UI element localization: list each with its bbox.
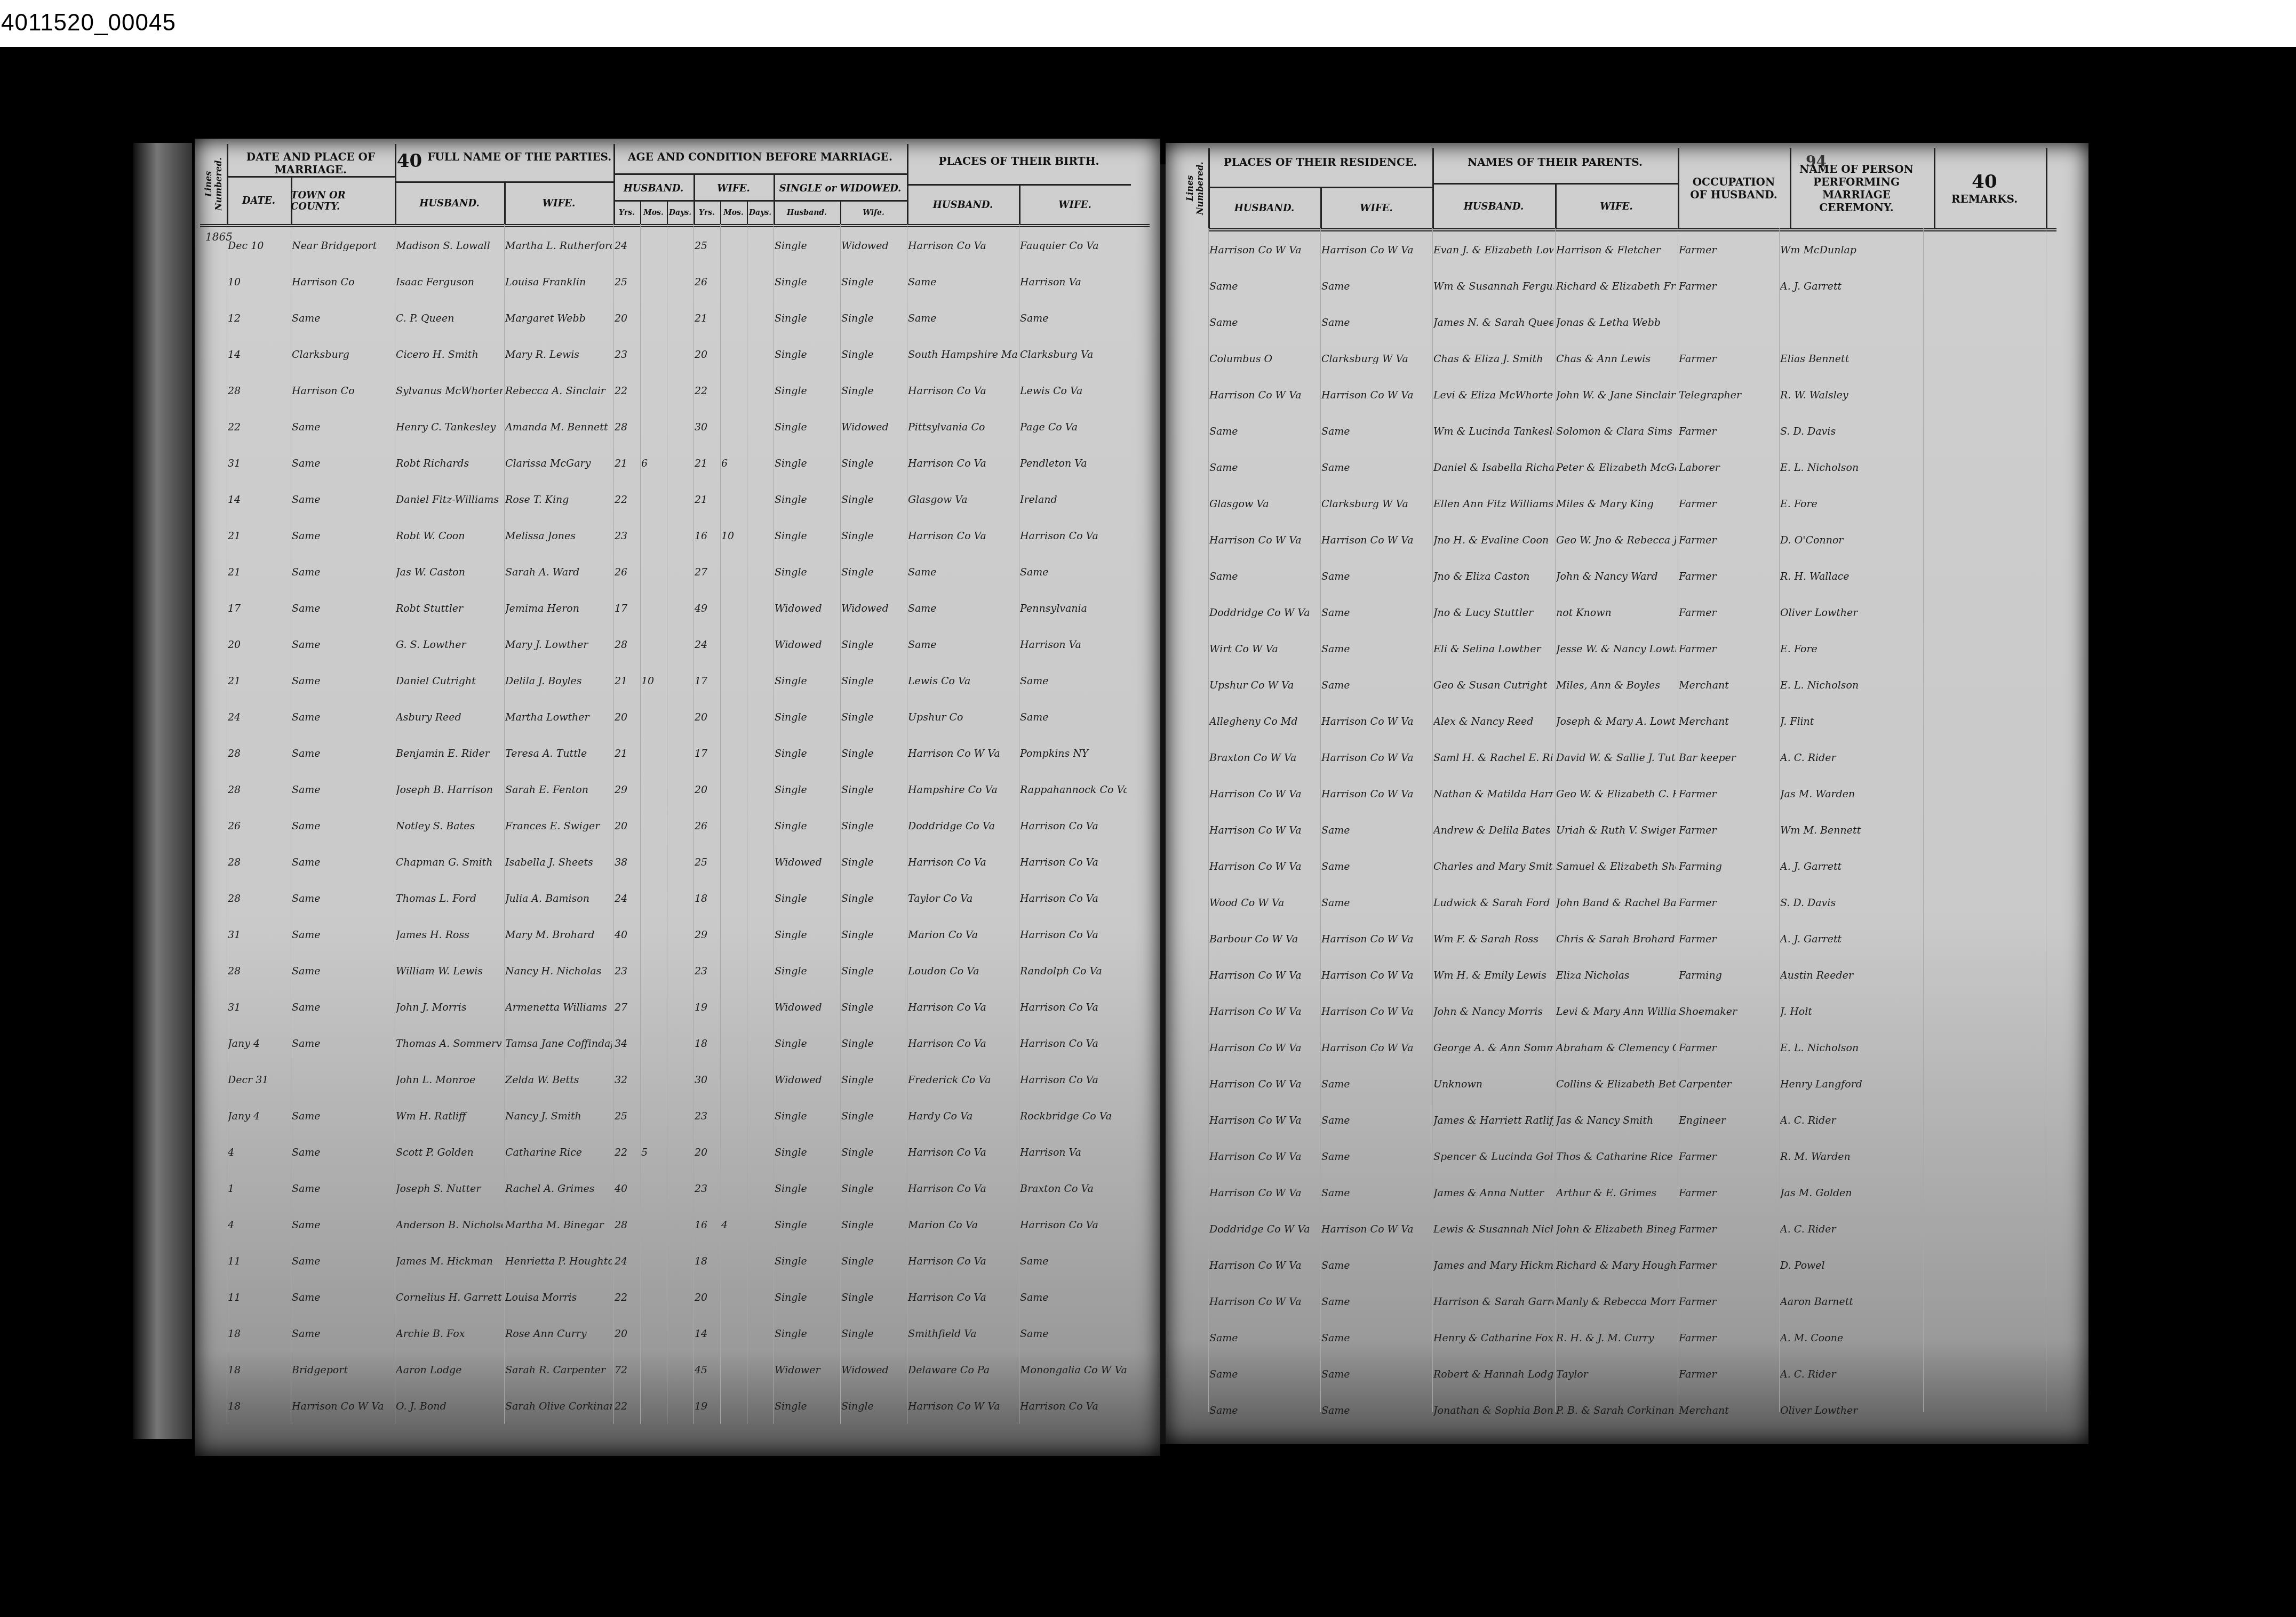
cell-h-res: Barbour Co W Va bbox=[1209, 933, 1319, 945]
cell-h-parents: Harrison & Sarah Garrett bbox=[1433, 1296, 1553, 1308]
cell-date: 10 bbox=[228, 276, 289, 288]
header-lines-numbered: Lines Numbered. bbox=[200, 144, 228, 224]
cell-h-birth: Same bbox=[908, 566, 1017, 578]
cell-wife: Martha L. Rutherford bbox=[505, 240, 612, 252]
cell-h-parents: Wm H. & Emily Lewis bbox=[1433, 970, 1553, 981]
cell-w-yrs: 26 bbox=[695, 276, 719, 288]
cell-town: Same bbox=[292, 530, 393, 542]
table-row: 4SameScott P. GoldenCatharine Rice22520S… bbox=[195, 1147, 1160, 1165]
cell-w-status: Widowed bbox=[841, 240, 905, 252]
cell-h-status: Single bbox=[775, 385, 839, 397]
cell-w-res: Harrison Co W Va bbox=[1321, 1223, 1431, 1235]
cell-w-mos: 10 bbox=[721, 530, 745, 542]
cell-performer: E. L. Nicholson bbox=[1780, 679, 1922, 691]
cell-wife: Melissa Jones bbox=[505, 530, 612, 542]
table-row: SameSameWm & Susannah FergusonRichard & … bbox=[1166, 281, 2088, 299]
cell-h-parents: Wm & Susannah Ferguson bbox=[1433, 281, 1553, 292]
cell-h-birth: Doddridge Co Va bbox=[908, 820, 1017, 832]
cell-h-status: Widower bbox=[775, 1364, 839, 1376]
cell-h-parents: Charles and Mary Smith bbox=[1433, 861, 1553, 872]
table-row: SameSameJno & Eliza CastonJohn & Nancy W… bbox=[1166, 571, 2088, 589]
cell-wife: Louisa Franklin bbox=[505, 276, 612, 288]
cell-h-parents: Alex & Nancy Reed bbox=[1433, 716, 1553, 727]
cell-performer: Jas M. Warden bbox=[1780, 788, 1922, 800]
cell-w-birth: Same bbox=[1020, 1255, 1127, 1267]
header-birth-wife: WIFE. bbox=[1019, 184, 1131, 224]
cell-performer: R. H. Wallace bbox=[1780, 571, 1922, 582]
cell-h-parents: Evan J. & Elizabeth Lowall bbox=[1433, 244, 1553, 256]
cell-occupation: Farmer bbox=[1679, 571, 1777, 582]
cell-w-res: Harrison Co W Va bbox=[1321, 788, 1431, 800]
cell-h-yrs: 23 bbox=[615, 965, 639, 977]
cell-h-status: Single bbox=[775, 711, 839, 723]
cell-w-res: Same bbox=[1321, 824, 1431, 836]
cell-h-yrs: 24 bbox=[615, 240, 639, 252]
cell-h-status: Single bbox=[775, 494, 839, 506]
header-birth-husband: HUSBAND. bbox=[907, 184, 1021, 224]
cell-occupation: Farmer bbox=[1679, 1042, 1777, 1054]
cell-w-yrs: 20 bbox=[695, 784, 719, 796]
cell-w-yrs: 18 bbox=[695, 1255, 719, 1267]
cell-w-res: Harrison Co W Va bbox=[1321, 970, 1431, 981]
header-sw-husband: Husband. bbox=[774, 200, 841, 224]
header-age-husband: HUSBAND. bbox=[613, 173, 695, 202]
cell-h-status: Single bbox=[775, 784, 839, 796]
cell-h-birth: Harrison Co Va bbox=[908, 1255, 1017, 1267]
cell-w-status: Widowed bbox=[841, 421, 905, 433]
table-row: Jany 4SameWm H. RatliffNancy J. Smith252… bbox=[195, 1110, 1160, 1128]
cell-husband: Aaron Lodge bbox=[396, 1364, 503, 1376]
cell-h-res: Harrison Co W Va bbox=[1209, 1115, 1319, 1126]
cell-w-res: Clarksburg W Va bbox=[1321, 353, 1431, 365]
cell-h-res: Wirt Co W Va bbox=[1209, 643, 1319, 655]
cell-w-status: Single bbox=[841, 530, 905, 542]
cell-occupation: Farmer bbox=[1679, 897, 1777, 909]
cell-town: Same bbox=[292, 566, 393, 578]
image-id-bar: 4011520_00045 bbox=[0, 0, 2296, 47]
cell-h-status: Single bbox=[775, 566, 839, 578]
cell-h-status: Single bbox=[775, 1038, 839, 1050]
cell-h-yrs: 20 bbox=[615, 711, 639, 723]
cell-husband: C. P. Queen bbox=[396, 313, 503, 324]
cell-husband: Isaac Ferguson bbox=[396, 276, 503, 288]
cell-occupation: Farmer bbox=[1679, 1223, 1777, 1235]
cell-w-status: Single bbox=[841, 1002, 905, 1013]
cell-h-birth: Lewis Co Va bbox=[908, 675, 1017, 687]
cell-h-birth: Harrison Co Va bbox=[908, 1147, 1017, 1158]
cell-w-parents: Uriah & Ruth V. Swiger bbox=[1556, 824, 1676, 836]
table-row: 18SameArchie B. FoxRose Ann Curry2014Sin… bbox=[195, 1328, 1160, 1346]
cell-h-res: Doddridge Co W Va bbox=[1209, 607, 1319, 619]
cell-h-birth: Same bbox=[908, 276, 1017, 288]
cell-w-birth: Harrison Co Va bbox=[1020, 1219, 1127, 1231]
cell-town: Same bbox=[292, 494, 393, 506]
cell-date: 18 bbox=[228, 1364, 289, 1376]
cell-h-parents: Henry & Catharine Fox bbox=[1433, 1332, 1553, 1344]
cell-w-parents: Collins & Elizabeth Betts bbox=[1556, 1078, 1676, 1090]
cell-h-yrs: 28 bbox=[615, 1219, 639, 1231]
cell-husband: Sylvanus McWhorter bbox=[396, 385, 503, 397]
cell-h-status: Single bbox=[775, 421, 839, 433]
cell-date: 4 bbox=[228, 1219, 289, 1231]
cell-w-yrs: 23 bbox=[695, 1110, 719, 1122]
cell-w-parents: David W. & Sallie J. Tuttle bbox=[1556, 752, 1676, 764]
cell-w-yrs: 23 bbox=[695, 1183, 719, 1195]
cell-h-yrs: 26 bbox=[615, 566, 639, 578]
cell-w-yrs: 16 bbox=[695, 1219, 719, 1231]
cell-w-parents: Chris & Sarah Brohard bbox=[1556, 933, 1676, 945]
cell-h-yrs: 72 bbox=[615, 1364, 639, 1376]
cell-occupation: Farming bbox=[1679, 970, 1777, 981]
table-row: Harrison Co W VaSameHarrison & Sarah Gar… bbox=[1166, 1296, 2088, 1314]
cell-town: Same bbox=[292, 929, 393, 941]
cell-performer: A. C. Rider bbox=[1780, 1368, 1922, 1380]
cell-date: 14 bbox=[228, 349, 289, 361]
cell-w-yrs: 19 bbox=[695, 1400, 719, 1412]
cell-husband: Madison S. Lowall bbox=[396, 240, 503, 252]
cell-w-status: Single bbox=[841, 784, 905, 796]
cell-occupation: Shoemaker bbox=[1679, 1006, 1777, 1018]
cell-wife: Frances E. Swiger bbox=[505, 820, 612, 832]
right-page: Lines Numbered. PLACES OF THEIR RESIDENC… bbox=[1166, 143, 2088, 1444]
cell-w-parents: John Band & Rachel Bamison bbox=[1556, 897, 1676, 909]
cell-h-status: Single bbox=[775, 929, 839, 941]
cell-w-status: Single bbox=[841, 820, 905, 832]
cell-w-res: Same bbox=[1321, 1078, 1431, 1090]
cell-husband: Notley S. Bates bbox=[396, 820, 503, 832]
cell-h-birth: Smithfield Va bbox=[908, 1328, 1017, 1340]
cell-occupation: Farmer bbox=[1679, 824, 1777, 836]
cell-w-birth: Harrison Co Va bbox=[1020, 1038, 1127, 1050]
cell-husband: William W. Lewis bbox=[396, 965, 503, 977]
cell-w-birth: Braxton Co Va bbox=[1020, 1183, 1127, 1195]
cell-h-yrs: 23 bbox=[615, 349, 639, 361]
cell-h-res: Allegheny Co Md bbox=[1209, 716, 1319, 727]
cell-h-res: Same bbox=[1209, 462, 1319, 474]
cell-wife: Jemima Heron bbox=[505, 603, 612, 614]
cell-performer: Wm M. Bennett bbox=[1780, 824, 1922, 836]
cell-h-parents: Lewis & Susannah Nicholson bbox=[1433, 1223, 1553, 1235]
right-header: Lines Numbered. PLACES OF THEIR RESIDENC… bbox=[1208, 148, 2056, 231]
header-w-mos: Mos. bbox=[720, 200, 748, 224]
cell-h-parents: Nathan & Matilda Harrison bbox=[1433, 788, 1553, 800]
cell-town: Same bbox=[292, 711, 393, 723]
cell-w-yrs: 26 bbox=[695, 820, 719, 832]
cell-w-parents: R. H. & J. M. Curry bbox=[1556, 1332, 1676, 1344]
cell-h-status: Single bbox=[775, 240, 839, 252]
cell-w-parents: Samuel & Elizabeth Sheets bbox=[1556, 861, 1676, 872]
table-row: Columbus OClarksburg W VaChas & Eliza J.… bbox=[1166, 353, 2088, 371]
header-w-days: Days. bbox=[747, 200, 775, 224]
cell-w-res: Clarksburg W Va bbox=[1321, 498, 1431, 510]
cell-occupation: Farmer bbox=[1679, 933, 1777, 945]
header-remarks: 40 REMARKS. bbox=[1923, 148, 2047, 228]
cell-performer: S. D. Davis bbox=[1780, 897, 1922, 909]
cell-h-res: Harrison Co W Va bbox=[1209, 824, 1319, 836]
cell-w-res: Same bbox=[1321, 607, 1431, 619]
cell-h-res: Harrison Co W Va bbox=[1209, 1296, 1319, 1308]
cell-w-yrs: 20 bbox=[695, 711, 719, 723]
cell-h-status: Single bbox=[775, 965, 839, 977]
cell-occupation: Farmer bbox=[1679, 607, 1777, 619]
cell-h-yrs: 22 bbox=[615, 494, 639, 506]
table-row: SameSameRobert & Hannah LodgeTaylorFarme… bbox=[1166, 1368, 2088, 1387]
cell-w-birth: Page Co Va bbox=[1020, 421, 1127, 433]
cell-occupation: Merchant bbox=[1679, 1405, 1777, 1416]
cell-h-parents: Wm & Lucinda Tankesley bbox=[1433, 426, 1553, 437]
cell-husband: James M. Hickman bbox=[396, 1255, 503, 1267]
cell-w-yrs: 49 bbox=[695, 603, 719, 614]
cell-wife: Mary J. Lowther bbox=[505, 639, 612, 651]
cell-h-status: Single bbox=[775, 1292, 839, 1303]
table-row: 1SameJoseph S. NutterRachel A. Grimes402… bbox=[195, 1183, 1160, 1201]
cell-h-res: Doddridge Co W Va bbox=[1209, 1223, 1319, 1235]
cell-h-status: Widowed bbox=[775, 1002, 839, 1013]
cell-w-res: Same bbox=[1321, 1115, 1431, 1126]
table-row: 17SameRobt StuttlerJemima Heron1749Widow… bbox=[195, 603, 1160, 621]
cell-h-res: Same bbox=[1209, 317, 1319, 329]
cell-h-res: Harrison Co W Va bbox=[1209, 861, 1319, 872]
cell-w-yrs: 29 bbox=[695, 929, 719, 941]
table-row: 20SameG. S. LowtherMary J. Lowther2824Wi… bbox=[195, 639, 1160, 657]
cell-w-status: Single bbox=[841, 385, 905, 397]
table-row: 28SameJoseph B. HarrisonSarah E. Fenton2… bbox=[195, 784, 1160, 802]
table-row: Harrison Co W VaSameJames and Mary Hickm… bbox=[1166, 1260, 2088, 1278]
cell-h-parents: Andrew & Delila Bates bbox=[1433, 824, 1553, 836]
cell-w-res: Same bbox=[1321, 462, 1431, 474]
table-row: SameSameDaniel & Isabella RichardsPeter … bbox=[1166, 462, 2088, 480]
cell-w-status: Single bbox=[841, 1219, 905, 1231]
table-row: 18Harrison Co W VaO. J. BondSarah Olive … bbox=[195, 1400, 1160, 1419]
cell-w-birth: Harrison Co Va bbox=[1020, 1002, 1127, 1013]
cell-date: 31 bbox=[228, 1002, 289, 1013]
table-row: Harrison Co W VaSameJames & Harriett Rat… bbox=[1166, 1115, 2088, 1133]
cell-h-parents: Jno & Eliza Caston bbox=[1433, 571, 1553, 582]
cell-w-parents: Peter & Elizabeth McGary bbox=[1556, 462, 1676, 474]
cell-w-birth: Harrison Va bbox=[1020, 276, 1127, 288]
cell-w-res: Same bbox=[1321, 643, 1431, 655]
cell-performer: Oliver Lowther bbox=[1780, 1405, 1922, 1416]
cell-w-birth: Pendleton Va bbox=[1020, 458, 1127, 469]
cell-date: 21 bbox=[228, 566, 289, 578]
cell-h-res: Wood Co W Va bbox=[1209, 897, 1319, 909]
cell-w-birth: Rappahannock Co Va bbox=[1020, 784, 1127, 796]
cell-h-yrs: 24 bbox=[615, 893, 639, 904]
cell-occupation: Merchant bbox=[1679, 679, 1777, 691]
cell-w-yrs: 21 bbox=[695, 458, 719, 469]
cell-h-res: Harrison Co W Va bbox=[1209, 1006, 1319, 1018]
cell-wife: Isabella J. Sheets bbox=[505, 856, 612, 868]
cell-town: Same bbox=[292, 893, 393, 904]
image-id: 4011520_00045 bbox=[1, 10, 176, 36]
table-row: 18BridgeportAaron LodgeSarah R. Carpente… bbox=[195, 1364, 1160, 1382]
cell-w-status: Single bbox=[841, 675, 905, 687]
header-age-wife: WIFE. bbox=[693, 173, 775, 202]
cell-w-parents: Joseph & Mary A. Lowther bbox=[1556, 716, 1676, 727]
cell-w-birth: Pompkins NY bbox=[1020, 748, 1127, 759]
cell-w-birth: Harrison Co Va bbox=[1020, 1400, 1127, 1412]
cell-occupation: Farmer bbox=[1679, 426, 1777, 437]
header-husband: HUSBAND. bbox=[395, 181, 506, 224]
cell-h-status: Single bbox=[775, 1255, 839, 1267]
cell-date: 28 bbox=[228, 856, 289, 868]
table-row: 28SameThomas L. FordJulia A. Bamison2418… bbox=[195, 893, 1160, 911]
cell-w-birth: Harrison Co Va bbox=[1020, 893, 1127, 904]
header-par-husband: HUSBAND. bbox=[1432, 183, 1557, 228]
cell-performer: A. C. Rider bbox=[1780, 752, 1922, 764]
cell-h-status: Single bbox=[775, 1328, 839, 1340]
cell-wife: Sarah A. Ward bbox=[505, 566, 612, 578]
cell-w-yrs: 25 bbox=[695, 240, 719, 252]
cell-w-yrs: 27 bbox=[695, 566, 719, 578]
header-sw-wife: Wife. bbox=[840, 200, 907, 224]
cell-w-parents: Miles & Mary King bbox=[1556, 498, 1676, 510]
cell-w-yrs: 20 bbox=[695, 349, 719, 361]
cell-occupation: Farmer bbox=[1679, 1296, 1777, 1308]
cell-wife: Amanda M. Bennett bbox=[505, 421, 612, 433]
cell-h-birth: Harrison Co Va bbox=[908, 385, 1017, 397]
cell-date: 11 bbox=[228, 1255, 289, 1267]
cell-performer: Henry Langford bbox=[1780, 1078, 1922, 1090]
cell-wife: Catharine Rice bbox=[505, 1147, 612, 1158]
cell-h-parents: Eli & Selina Lowther bbox=[1433, 643, 1553, 655]
cell-husband: Henry C. Tankesley bbox=[396, 421, 503, 433]
cell-date: 31 bbox=[228, 458, 289, 469]
cell-performer: J. Flint bbox=[1780, 716, 1922, 727]
table-row: Harrison Co W VaSameJames & Anna NutterA… bbox=[1166, 1187, 2088, 1205]
table-row: 26SameNotley S. BatesFrances E. Swiger20… bbox=[195, 820, 1160, 838]
table-row: Harrison Co W VaHarrison Co W VaJno H. &… bbox=[1166, 534, 2088, 553]
cell-wife: Armenetta Williams bbox=[505, 1002, 612, 1013]
cell-date: 21 bbox=[228, 675, 289, 687]
cell-town: Same bbox=[292, 1292, 393, 1303]
cell-w-parents: Arthur & E. Grimes bbox=[1556, 1187, 1676, 1199]
cell-w-yrs: 21 bbox=[695, 494, 719, 506]
cell-w-yrs: 21 bbox=[695, 313, 719, 324]
cell-town: Same bbox=[292, 1255, 393, 1267]
cell-w-parents: Abraham & Clemency Coffindaffer bbox=[1556, 1042, 1676, 1054]
cell-h-yrs: 29 bbox=[615, 784, 639, 796]
cell-date: Dec 10 bbox=[228, 240, 289, 252]
cell-husband: Daniel Cutright bbox=[396, 675, 503, 687]
cell-town: Same bbox=[292, 639, 393, 651]
cell-h-birth: Same bbox=[908, 313, 1017, 324]
cell-h-status: Single bbox=[775, 313, 839, 324]
cell-town: Same bbox=[292, 784, 393, 796]
cell-w-birth: Harrison Co Va bbox=[1020, 929, 1127, 941]
cell-performer: Austin Reeder bbox=[1780, 970, 1922, 981]
cell-husband: Scott P. Golden bbox=[396, 1147, 503, 1158]
cell-town: Harrison Co bbox=[292, 276, 393, 288]
cell-w-yrs: 24 bbox=[695, 639, 719, 651]
cell-w-yrs: 23 bbox=[695, 965, 719, 977]
cell-h-birth: Harrison Co Va bbox=[908, 1292, 1017, 1303]
cell-h-birth: Hardy Co Va bbox=[908, 1110, 1017, 1122]
page-edges bbox=[133, 143, 192, 1439]
right-page-number: 40 bbox=[1972, 171, 1997, 193]
cell-performer: Wm McDunlap bbox=[1780, 244, 1922, 256]
cell-w-res: Same bbox=[1321, 861, 1431, 872]
cell-w-parents: Miles, Ann & Boyles bbox=[1556, 679, 1676, 691]
header-h-days: Days. bbox=[667, 200, 695, 224]
cell-h-yrs: 40 bbox=[615, 1183, 639, 1195]
cell-wife: Nancy H. Nicholas bbox=[505, 965, 612, 977]
table-row: Harrison Co W VaSameCharles and Mary Smi… bbox=[1166, 861, 2088, 879]
cell-w-birth: Pennsylvania bbox=[1020, 603, 1127, 614]
cell-occupation: Farmer bbox=[1679, 534, 1777, 546]
cell-w-res: Same bbox=[1321, 317, 1431, 329]
cell-wife: Teresa A. Tuttle bbox=[505, 748, 612, 759]
table-row: Harrison Co W VaSameSpencer & Lucinda Go… bbox=[1166, 1151, 2088, 1169]
cell-w-parents: Geo W. & Elizabeth C. Fenton bbox=[1556, 788, 1676, 800]
cell-w-yrs: 25 bbox=[695, 856, 719, 868]
cell-h-parents: James & Harriett Ratliff bbox=[1433, 1115, 1553, 1126]
cell-performer: E. Fore bbox=[1780, 643, 1922, 655]
cell-h-birth: Frederick Co Va bbox=[908, 1074, 1017, 1086]
cell-h-status: Widowed bbox=[775, 1074, 839, 1086]
cell-h-status: Single bbox=[775, 748, 839, 759]
cell-occupation: Farmer bbox=[1679, 281, 1777, 292]
cell-h-birth: Harrison Co Va bbox=[908, 458, 1017, 469]
cell-performer: A. C. Rider bbox=[1780, 1115, 1922, 1126]
cell-w-status: Widowed bbox=[841, 1364, 905, 1376]
cell-h-parents: Ellen Ann Fitz Williams bbox=[1433, 498, 1553, 510]
cell-w-birth: Same bbox=[1020, 313, 1127, 324]
table-row: 21SameDaniel CutrightDelila J. Boyles211… bbox=[195, 675, 1160, 693]
cell-h-yrs: 32 bbox=[615, 1074, 639, 1086]
cell-husband: Benjamin E. Rider bbox=[396, 748, 503, 759]
cell-w-yrs: 17 bbox=[695, 748, 719, 759]
cell-w-birth: Ireland bbox=[1020, 494, 1127, 506]
cell-date: 18 bbox=[228, 1400, 289, 1412]
cell-w-parents: Harrison & Fletcher bbox=[1556, 244, 1676, 256]
cell-w-status: Single bbox=[841, 458, 905, 469]
cell-husband: John J. Morris bbox=[396, 1002, 503, 1013]
cell-h-status: Single bbox=[775, 820, 839, 832]
cell-h-birth: Delaware Co Pa bbox=[908, 1364, 1017, 1376]
table-row: 22SameHenry C. TankesleyAmanda M. Bennet… bbox=[195, 421, 1160, 439]
cell-h-parents: Saml H. & Rachel E. Rider bbox=[1433, 752, 1553, 764]
header-par-wife: WIFE. bbox=[1555, 183, 1678, 228]
cell-w-yrs: 16 bbox=[695, 530, 719, 542]
cell-h-res: Harrison Co W Va bbox=[1209, 1151, 1319, 1163]
cell-date: 20 bbox=[228, 639, 289, 651]
cell-h-status: Single bbox=[775, 893, 839, 904]
cell-h-yrs: 21 bbox=[615, 458, 639, 469]
cell-h-parents: Ludwick & Sarah Ford bbox=[1433, 897, 1553, 909]
cell-wife: Henrietta P. Houghton bbox=[505, 1255, 612, 1267]
cell-w-status: Single bbox=[841, 639, 905, 651]
cell-wife: Nancy J. Smith bbox=[505, 1110, 612, 1122]
cell-w-parents: John & Nancy Ward bbox=[1556, 571, 1676, 582]
cell-date: 24 bbox=[228, 711, 289, 723]
cell-w-status: Single bbox=[841, 1400, 905, 1412]
cell-w-res: Same bbox=[1321, 281, 1431, 292]
table-row: 21SameRobt W. CoonMelissa Jones231610Sin… bbox=[195, 530, 1160, 548]
table-row: Decr 31John L. MonroeZelda W. Betts3230W… bbox=[195, 1074, 1160, 1092]
header-w-yrs: Yrs. bbox=[693, 200, 721, 224]
cell-h-res: Harrison Co W Va bbox=[1209, 1078, 1319, 1090]
cell-performer: E. L. Nicholson bbox=[1780, 462, 1922, 474]
cell-wife: Sarah R. Carpenter bbox=[505, 1364, 612, 1376]
cell-date: 14 bbox=[228, 494, 289, 506]
header-h-yrs: Yrs. bbox=[613, 200, 641, 224]
cell-h-res: Glasgow Va bbox=[1209, 498, 1319, 510]
table-row: SameSameHenry & Catharine FoxR. H. & J. … bbox=[1166, 1332, 2088, 1350]
cell-h-mos: 6 bbox=[641, 458, 665, 469]
cell-w-birth: Clarksburg Va bbox=[1020, 349, 1127, 361]
cell-husband: O. J. Bond bbox=[396, 1400, 503, 1412]
